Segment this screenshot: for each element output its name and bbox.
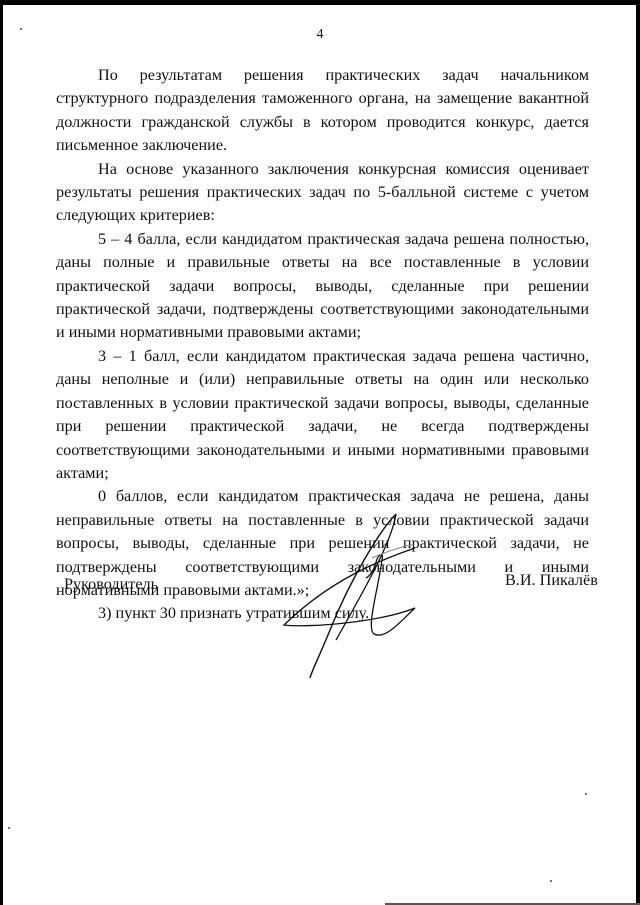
paragraph-criterion-5-4: 5 – 4 балла, если кандидатом практическа… xyxy=(56,228,589,345)
signature-icon xyxy=(270,500,430,680)
scan-speck xyxy=(585,793,587,795)
scan-speck xyxy=(8,827,10,829)
scan-border-right xyxy=(636,0,640,905)
paragraph-evaluation: На основе указанного заключения конкурсн… xyxy=(56,158,589,228)
signatory-name: В.И. Пикалёв xyxy=(505,571,598,590)
signatory-title: Руководитель xyxy=(64,575,158,594)
page-number: 4 xyxy=(0,27,640,43)
scan-speck xyxy=(550,880,552,882)
paragraph-criterion-3-1: 3 – 1 балл, если кандидатом практическая… xyxy=(56,345,589,485)
paragraph-conclusion: По результатам решения практических зада… xyxy=(56,64,589,158)
scan-border-top xyxy=(0,0,640,5)
scan-border-left xyxy=(0,0,3,905)
